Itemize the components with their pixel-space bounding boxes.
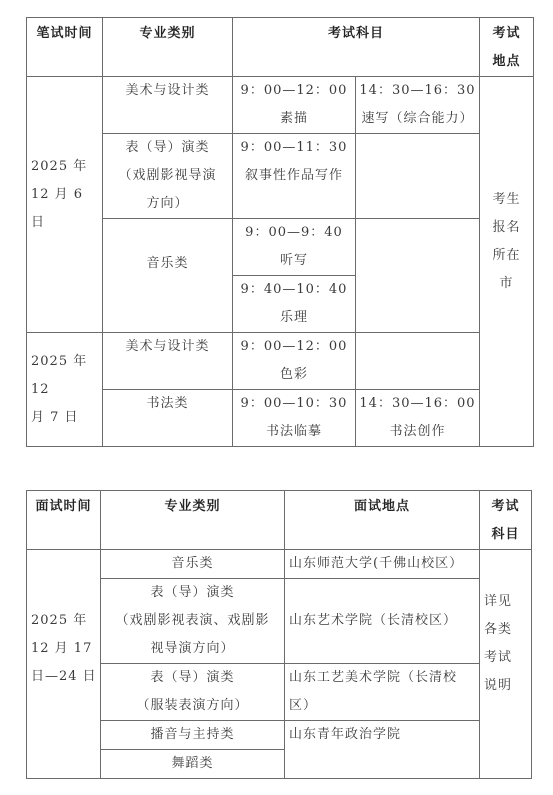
date-cell-day2: 2025 年 12 月 7 日 xyxy=(27,333,103,447)
interview-table: 面试时间 专业类别 面试地点 考试 科目 2025 年 12 月 17 日—24… xyxy=(26,490,532,779)
afternoon-session: 14：30—16：30 速写（综合能力） xyxy=(356,77,480,134)
morning-session: 9：00—12：00 色彩 xyxy=(233,333,356,390)
afternoon-session-empty xyxy=(356,134,480,219)
header-subjects: 考试科目 xyxy=(233,18,480,77)
header-interview-time: 面试时间 xyxy=(27,491,101,550)
category-dance: 舞蹈类 xyxy=(101,750,285,779)
header-category: 专业类别 xyxy=(101,491,285,550)
category-music: 音乐类 xyxy=(101,550,285,579)
location-sdyu: 山东青年政治学院 xyxy=(285,721,480,779)
location-sdnu: 山东师范大学(千佛山校区） xyxy=(285,550,480,579)
header-subjects: 考试 科目 xyxy=(480,491,532,550)
category-art-design: 美术与设计类 xyxy=(103,333,233,390)
category-art-design: 美术与设计类 xyxy=(103,77,233,134)
interview-date-cell: 2025 年 12 月 17 日—24 日 xyxy=(27,550,101,779)
category-calligraphy: 书法类 xyxy=(103,390,233,447)
afternoon-session: 14：30—16：00 书法创作 xyxy=(356,390,480,447)
music-session-theory: 9：40—10：40 乐理 xyxy=(233,276,356,333)
category-fashion-performance: 表（导）演类 （服装表演方向） xyxy=(101,664,285,721)
header-category: 专业类别 xyxy=(103,18,233,77)
morning-session: 9：00—11：30 叙事性作品写作 xyxy=(233,134,356,219)
afternoon-session-empty xyxy=(356,219,480,333)
subjects-note-cell: 详见 各类 考试 说明 xyxy=(480,550,532,779)
location-sdada: 山东工艺美术学院（长清校 区） xyxy=(285,664,480,721)
header-interview-location: 面试地点 xyxy=(285,491,480,550)
category-performance-film: 表（导）演类 （戏剧影视表演、戏剧影 视导演方向） xyxy=(101,579,285,664)
header-written-time: 笔试时间 xyxy=(27,18,103,77)
category-performance-directing: 表（导）演类 （戏剧影视导演 方向） xyxy=(103,134,233,219)
written-exam-table: 笔试时间 专业类别 考试科目 考试 地点 2025 年 12 月 6 日 美术与… xyxy=(26,17,534,447)
category-music: 音乐类 xyxy=(103,219,233,333)
header-location: 考试 地点 xyxy=(480,18,534,77)
category-broadcasting-hosting: 播音与主持类 xyxy=(101,721,285,750)
location-sdca: 山东艺术学院（长清校区） xyxy=(285,579,480,664)
location-cell: 考生 报名 所在 市 xyxy=(480,77,534,447)
date-cell-day1: 2025 年 12 月 6 日 xyxy=(27,77,103,333)
morning-session: 9：00—12：00 素描 xyxy=(233,77,356,134)
music-session-dictation: 9：00—9：40 听写 xyxy=(233,219,356,276)
morning-session: 9：00—10：30 书法临摹 xyxy=(233,390,356,447)
afternoon-session-empty xyxy=(356,333,480,390)
